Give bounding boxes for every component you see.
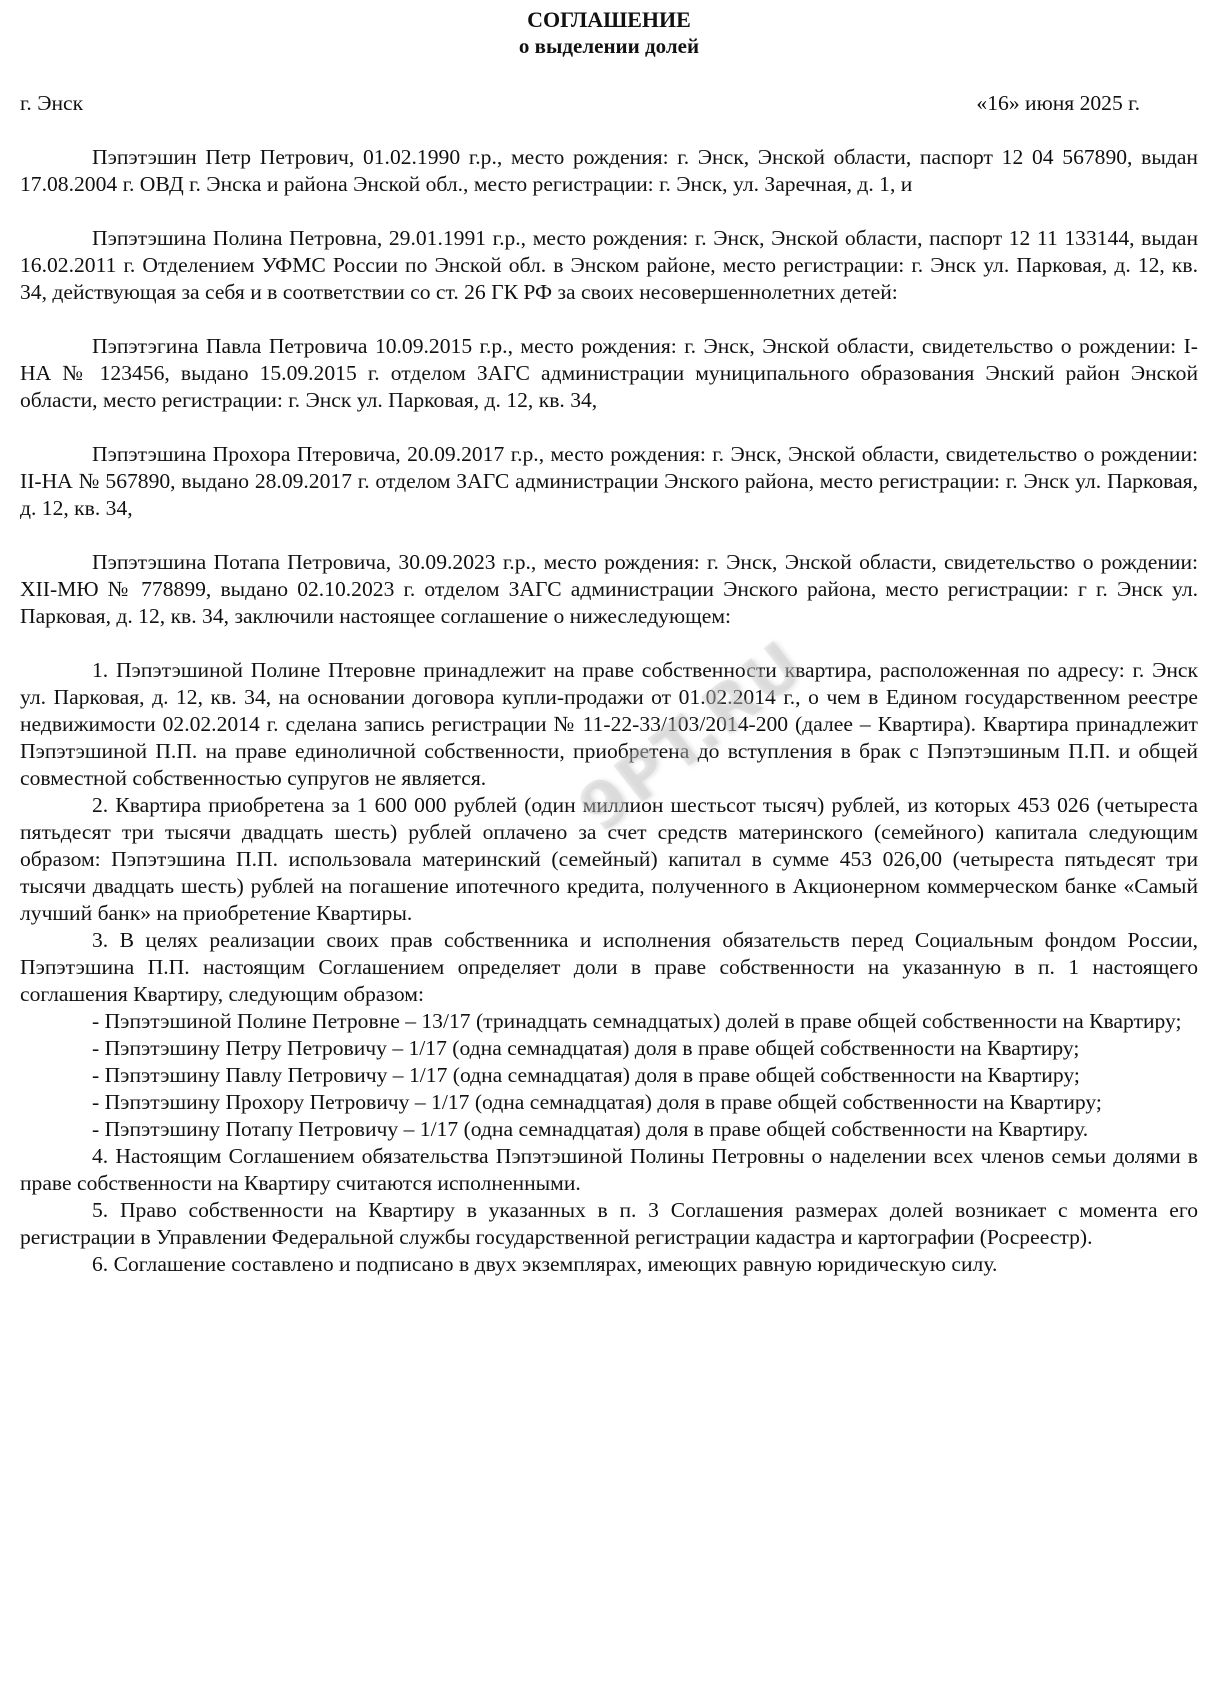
party-pavel: Пэпэтэгина Павла Петровича 10.09.2015 г.… — [20, 333, 1198, 414]
document-subtitle: о выделении долей — [20, 33, 1198, 60]
clause-1: 1. Пэпэтэшиной Полине Птеровне принадлеж… — [20, 657, 1198, 792]
document-place: г. Энск — [20, 90, 83, 117]
clause-5: 5. Право собственности на Квартиру в ука… — [20, 1197, 1198, 1251]
clause-3: 3. В целях реализации своих прав собстве… — [20, 927, 1198, 1008]
clause-6: 6. Соглашение составлено и подписано в д… — [20, 1251, 1198, 1278]
share-pavel: - Пэпэтэшину Павлу Петровичу – 1/17 (одн… — [20, 1062, 1198, 1089]
party-potap: Пэпэтэшина Потапа Петровича, 30.09.2023 … — [20, 549, 1198, 630]
party-petr: Пэпэтэшин Петр Петрович, 01.02.1990 г.р.… — [20, 144, 1198, 198]
document-page: СОГЛАШЕНИЕ о выделении долей г. Энск «16… — [20, 6, 1198, 1278]
share-prokhor: - Пэпэтэшину Прохору Петровичу – 1/17 (о… — [20, 1089, 1198, 1116]
share-polina: - Пэпэтэшиной Полине Петровне – 13/17 (т… — [20, 1008, 1198, 1035]
document-title: СОГЛАШЕНИЕ — [20, 6, 1198, 33]
share-potap: - Пэпэтэшину Потапу Петровичу – 1/17 (од… — [20, 1116, 1198, 1143]
share-petr: - Пэпэтэшину Петру Петровичу – 1/17 (одн… — [20, 1035, 1198, 1062]
party-prokhor: Пэпэтэшина Прохора Птеровича, 20.09.2017… — [20, 441, 1198, 522]
party-polina: Пэпэтэшина Полина Петровна, 29.01.1991 г… — [20, 225, 1198, 306]
clause-4: 4. Настоящим Соглашением обязательства П… — [20, 1143, 1198, 1197]
place-date-line: г. Энск «16» июня 2025 г. — [20, 90, 1198, 117]
document-date: «16» июня 2025 г. — [976, 90, 1140, 117]
clause-2: 2. Квартира приобретена за 1 600 000 руб… — [20, 792, 1198, 927]
